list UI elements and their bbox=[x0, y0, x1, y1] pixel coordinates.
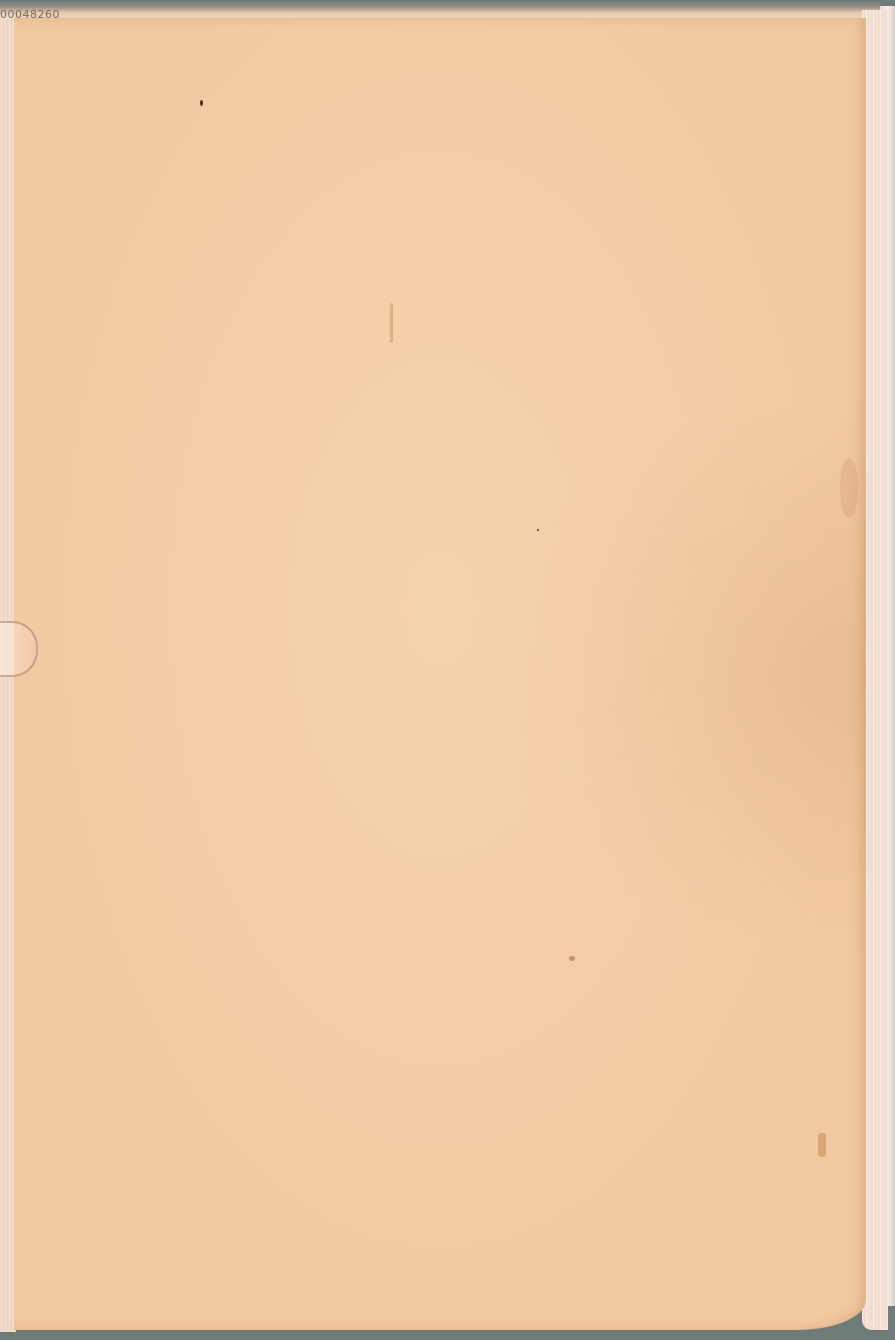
stain-mark bbox=[569, 956, 575, 961]
book-top-edge bbox=[0, 0, 880, 18]
ink-speck bbox=[537, 529, 539, 531]
stain-mark bbox=[390, 303, 393, 343]
stain-mark bbox=[840, 458, 858, 518]
scan-id-label: 00048260 bbox=[0, 8, 60, 21]
stain-mark bbox=[818, 1133, 826, 1157]
blank-book-page bbox=[14, 18, 866, 1330]
ink-speck bbox=[200, 100, 203, 106]
